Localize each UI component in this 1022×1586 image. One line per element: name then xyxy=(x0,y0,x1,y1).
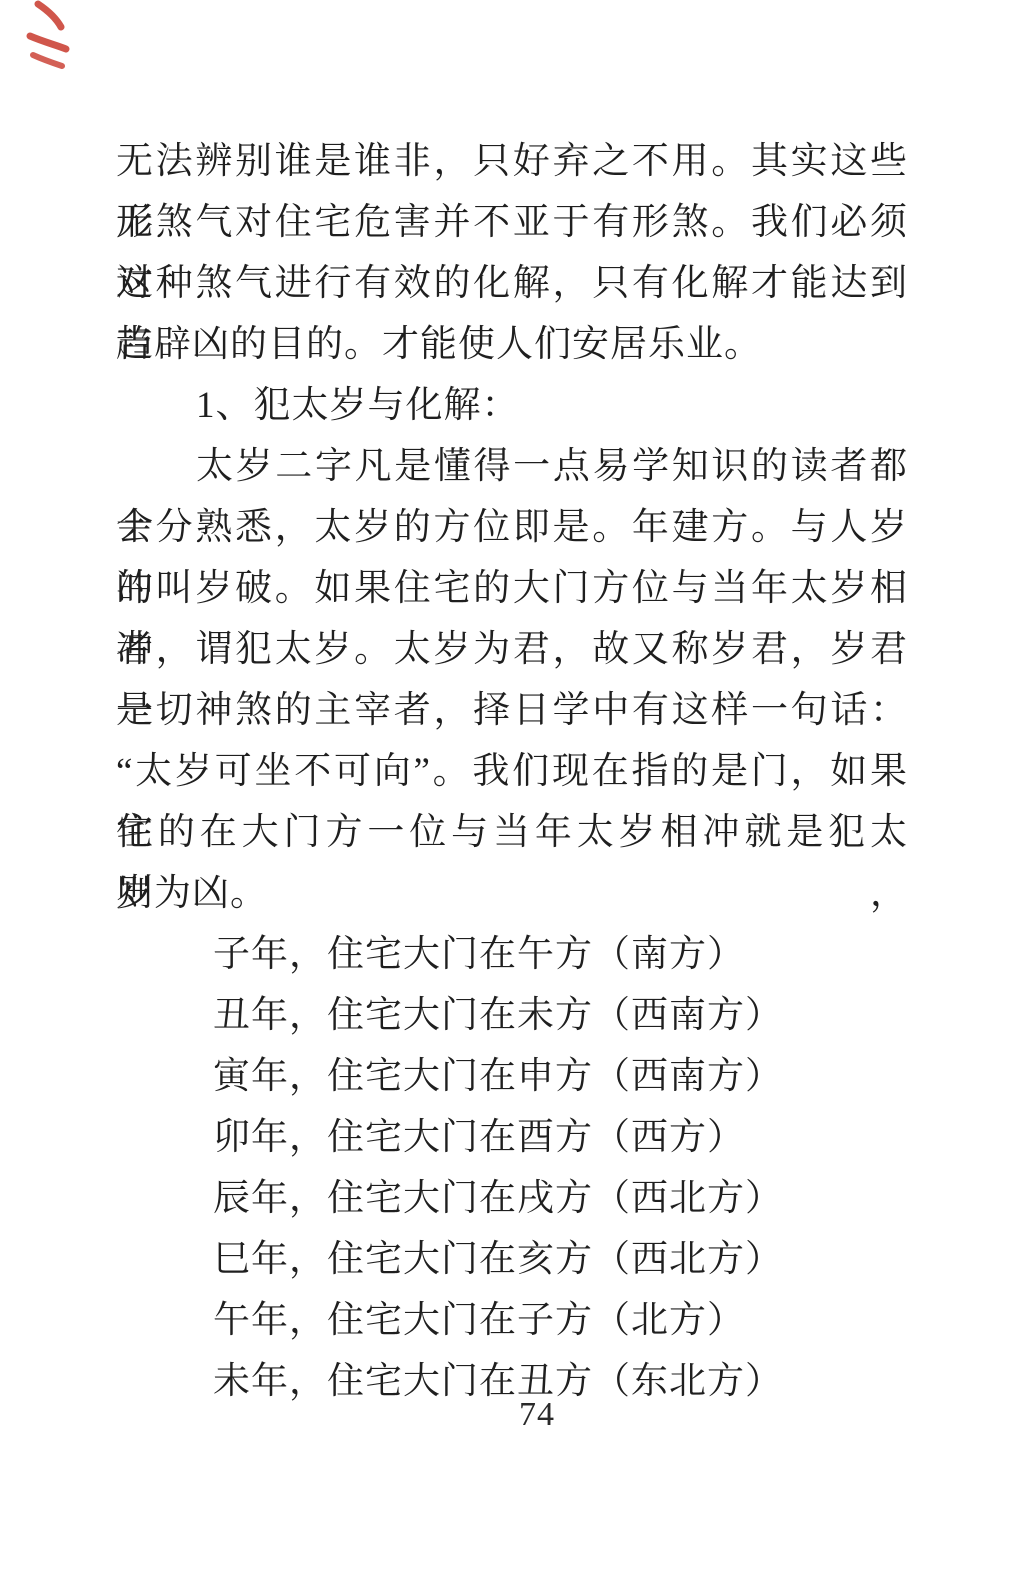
text-line: 者，谓犯太岁。太岁为君，故又称岁君，岁君是 xyxy=(116,619,908,680)
text-line: “太岁可坐不可向”。我们现在指的是门，如果住 xyxy=(116,741,908,802)
text-line: 这种煞气进行有效的化解，只有化解才能达到趋 xyxy=(116,253,908,314)
text-line: 无法辨别谁是谁非，只好弃之不用。其实这些无 xyxy=(116,131,908,192)
red-pen-marks xyxy=(14,0,86,80)
section-heading: 1、犯太岁与化解： xyxy=(116,375,908,436)
page-text: 无法辨别谁是谁非，只好弃之不用。其实这些无 形煞气对住宅危害并不亚于有形煞。我们… xyxy=(116,131,908,1412)
text-line: 宅的在大门方一位与当年太岁相冲就是犯太岁， xyxy=(116,802,908,863)
list-item: 寅年，住宅大门在申方（西南方） xyxy=(116,1046,908,1107)
text-line: 的叫岁破。如果住宅的大门方位与当年太岁相冲 xyxy=(116,558,908,619)
text-line: 吉辟凶的目的。才能使人们安居乐业。 xyxy=(116,314,908,375)
text-line: 十分熟悉，太岁的方位即是。年建方。与人岁冲 xyxy=(116,497,908,558)
list-item: 辰年，住宅大门在戌方（西北方） xyxy=(116,1168,908,1229)
list-item: 丑年，住宅大门在未方（西南方） xyxy=(116,985,908,1046)
text-line: 一切神煞的主宰者，择日学中有这样一句话： xyxy=(116,680,908,741)
list-item: 巳年，住宅大门在亥方（西北方） xyxy=(116,1229,908,1290)
scanned-page: 无法辨别谁是谁非，只好弃之不用。其实这些无 形煞气对住宅危害并不亚于有形煞。我们… xyxy=(0,0,1022,1586)
list-item: 午年，住宅大门在子方（北方） xyxy=(116,1290,908,1351)
text-line: 形煞气对住宅危害并不亚于有形煞。我们必须对 xyxy=(116,192,908,253)
list-item: 子年，住宅大门在午方（南方） xyxy=(116,924,908,985)
text-line: 太岁二字凡是懂得一点易学知识的读者都会 xyxy=(116,436,908,497)
list-item: 卯年，住宅大门在酉方（西方） xyxy=(116,1107,908,1168)
page-number: 74 xyxy=(26,1396,1022,1434)
